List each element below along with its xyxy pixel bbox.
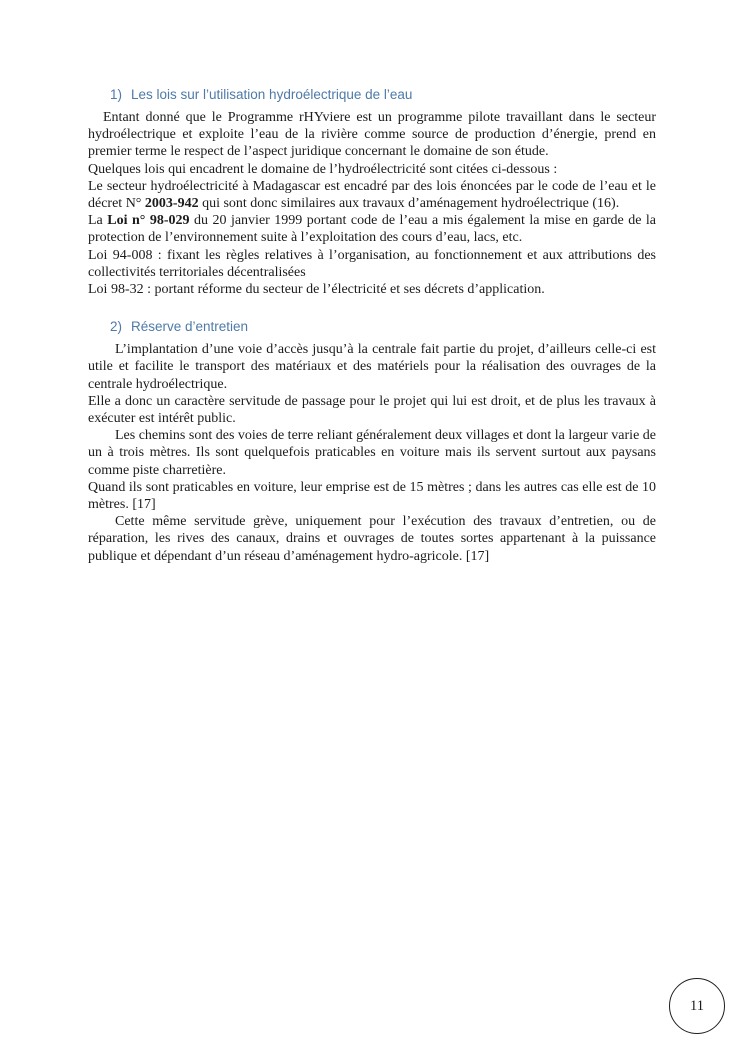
text-run: qui sont donc similaires aux travaux d’a… [199, 196, 620, 211]
paragraph-loi-98-029: La Loi n° 98-029 du 20 janvier 1999 port… [88, 212, 656, 246]
text-run: Quelques lois qui encadrent le domaine d… [88, 162, 557, 177]
paragraph-servitude-passage: Elle a donc un caractère servitude de pa… [88, 393, 656, 427]
paragraph-loi-94-008: Loi 94-008 : fixant les règles relatives… [88, 247, 656, 281]
paragraph-emprise: Quand ils sont praticables en voiture, l… [88, 479, 656, 513]
paragraph-servitude-greve: Cette même servitude grève, uniquement p… [88, 513, 656, 565]
page-number: 11 [690, 998, 704, 1015]
section-2-heading: 2)Réserve d’entretien [88, 319, 656, 335]
section-2-heading-label: Réserve d’entretien [131, 319, 248, 334]
paragraph-implantation: L’implantation d’une voie d’accès jusqu’… [88, 341, 656, 393]
paragraph-intro: Entant donné que le Programme rHYviere e… [88, 109, 656, 161]
paragraph-code-eau: Le secteur hydroélectricité à Madagascar… [88, 178, 656, 212]
text-run: Loi 98-32 : portant réforme du secteur d… [88, 282, 545, 297]
page-number-badge: 11 [669, 978, 725, 1034]
paragraph-chemins: Les chemins sont des voies de terre reli… [88, 427, 656, 479]
text-run: Elle a donc un caractère servitude de pa… [88, 394, 656, 426]
document-page: 1)Les lois sur l’utilisation hydroélectr… [0, 0, 745, 1053]
bold-text-run: 2003-942 [145, 196, 199, 211]
bold-text-run: Loi n° 98-029 [107, 213, 189, 228]
text-run: L’implantation d’une voie d’accès jusqu’… [88, 342, 656, 391]
paragraph-loi-98-32: Loi 98-32 : portant réforme du secteur d… [88, 281, 656, 298]
text-run: Cette même servitude grève, uniquement p… [88, 514, 656, 563]
paragraph-lois-intro: Quelques lois qui encadrent le domaine d… [88, 161, 656, 178]
section-1-heading-number: 1) [110, 87, 131, 103]
section-1-heading: 1)Les lois sur l’utilisation hydroélectr… [88, 87, 656, 103]
text-run: Loi 94-008 : fixant les règles relatives… [88, 248, 656, 280]
text-run: Les chemins sont des voies de terre reli… [88, 428, 656, 477]
page-content: 1)Les lois sur l’utilisation hydroélectr… [88, 87, 656, 565]
section-1-heading-label: Les lois sur l’utilisation hydroélectriq… [131, 87, 412, 102]
section-2-heading-number: 2) [110, 319, 131, 335]
text-run: Quand ils sont praticables en voiture, l… [88, 480, 656, 512]
text-run: La [88, 213, 107, 228]
text-run: Entant donné que le Programme rHYviere e… [88, 110, 656, 159]
